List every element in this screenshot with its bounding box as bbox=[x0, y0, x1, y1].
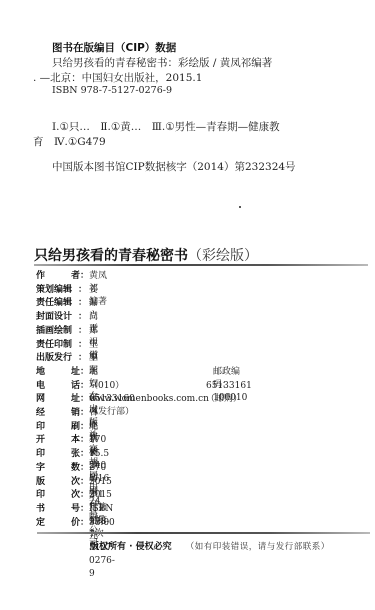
detail-label-part: 号 bbox=[71, 503, 80, 516]
detail-colon: ： bbox=[78, 352, 87, 365]
detail-row: 地址：北京东城区史家胡同甲24号邮政编码：100010 bbox=[36, 366, 90, 379]
detail-label-part: 价 bbox=[71, 517, 80, 530]
detail-colon: ： bbox=[80, 421, 89, 434]
detail-value: www.womenbooks.com.cn bbox=[89, 393, 209, 406]
detail-label: 经销 bbox=[36, 407, 80, 420]
detail-colon: ： bbox=[80, 489, 89, 502]
detail-colon: ： bbox=[80, 503, 89, 516]
detail-colon: ： bbox=[80, 380, 89, 393]
detail-label-part: 本 bbox=[71, 434, 80, 447]
detail-label-part: 址 bbox=[71, 366, 80, 379]
detail-row: 开本：170 × 240 1/16 bbox=[36, 434, 90, 447]
cip-title-line: 只给男孩看的青春秘密书：彩绘版 / 黄凤祁编著 bbox=[52, 55, 272, 70]
cip-isbn-line: ISBN 978-7-5127-0276-9 bbox=[52, 85, 172, 96]
detail-label-part: 数 bbox=[71, 462, 80, 475]
cip-number: 中国版本图书馆CIP数据核字（2014）第232324号 bbox=[52, 159, 296, 174]
detail-label-part: 书 bbox=[36, 503, 45, 516]
detail-label: 字数 bbox=[36, 462, 80, 475]
cip-classification-line-1: Ⅰ.①只… Ⅱ.①黄… Ⅲ.①男性—青春期—健康教 bbox=[52, 119, 280, 134]
detail-label-part: 经 bbox=[36, 407, 45, 420]
detail-label-part: 责任印制 bbox=[36, 340, 72, 350]
detail-row: 定价：38.00元 bbox=[36, 517, 90, 530]
detail-label-part: 封面设计 bbox=[36, 312, 72, 322]
detail-label: 网址 bbox=[36, 393, 80, 406]
detail-row: 书号：ISBN 978-7-5127-0276-9 bbox=[36, 503, 90, 516]
detail-label: 印次 bbox=[36, 489, 80, 502]
detail-label-part: 电 bbox=[36, 380, 45, 393]
detail-row: 责任印制：王卫东 bbox=[36, 339, 90, 352]
detail-row: 插画绘制：郑中原 bbox=[36, 325, 90, 338]
rights-text: 版权所有 · 侵权必究 bbox=[90, 542, 172, 552]
detail-label-part: 张 bbox=[71, 448, 80, 461]
cip-classification-line-2: 育 Ⅳ.①G479 bbox=[33, 134, 106, 149]
footer-divider bbox=[37, 532, 370, 534]
detail-label-part: 版 bbox=[36, 476, 45, 489]
title-divider bbox=[34, 264, 368, 266]
detail-label-part: 定 bbox=[36, 517, 45, 530]
stray-dot bbox=[239, 206, 241, 208]
book-title: 只给男孩看的青春秘密书（彩绘版） bbox=[34, 245, 258, 265]
detail-label: 开本 bbox=[36, 434, 80, 447]
detail-label-part: 策划编辑 bbox=[36, 285, 72, 295]
detail-extra: 65133161（邮购） bbox=[206, 380, 252, 406]
detail-row: 印张：15.5 bbox=[36, 448, 90, 461]
detail-row: 电话：（010）65133160（发行部）65133161（邮购） bbox=[36, 380, 90, 393]
detail-colon: ： bbox=[80, 407, 89, 420]
detail-label-part: 话 bbox=[71, 380, 80, 393]
cip-publisher-line: . —北京：中国妇女出版社，2015.1 bbox=[33, 70, 202, 85]
detail-label-part: 开 bbox=[36, 434, 45, 447]
detail-colon: ： bbox=[80, 270, 89, 283]
detail-colon: ： bbox=[78, 339, 87, 352]
detail-colon: ： bbox=[80, 448, 89, 461]
detail-label-part: 刷 bbox=[71, 421, 80, 434]
detail-colon: ： bbox=[78, 311, 87, 324]
detail-label: 地址 bbox=[36, 366, 80, 379]
detail-colon: ： bbox=[78, 284, 87, 297]
detail-label: 版次 bbox=[36, 476, 80, 489]
cip-heading: 图书在版编目（CIP）数据 bbox=[52, 40, 176, 55]
detail-label-part: 插画绘制 bbox=[36, 326, 72, 336]
detail-colon: ： bbox=[80, 476, 89, 489]
detail-label-part: 印 bbox=[36, 421, 45, 434]
detail-label-part: 址 bbox=[71, 393, 80, 406]
detail-row: 经销：各地新华书店 bbox=[36, 407, 90, 420]
detail-colon: ： bbox=[78, 325, 87, 338]
detail-label: 作者 bbox=[36, 270, 80, 283]
rights-note: （如有印装错误，请与发行部联系） bbox=[186, 542, 330, 552]
detail-label-part: 字 bbox=[36, 462, 45, 475]
detail-label: 印张 bbox=[36, 448, 80, 461]
detail-row: 策划编辑：姜 喆 bbox=[36, 284, 90, 297]
detail-label: 电话 bbox=[36, 380, 80, 393]
detail-colon: ： bbox=[80, 393, 89, 406]
detail-label: 书号 bbox=[36, 503, 80, 516]
detail-label-part: 次 bbox=[71, 476, 80, 489]
detail-label-part: 印 bbox=[36, 489, 45, 502]
detail-label-part: 网 bbox=[36, 393, 45, 406]
detail-label-part: 次 bbox=[71, 489, 80, 502]
detail-row: 责任编辑：万立正 bbox=[36, 297, 90, 310]
detail-label-part: 地 bbox=[36, 366, 45, 379]
detail-label: 定价 bbox=[36, 517, 80, 530]
detail-colon: ： bbox=[78, 297, 87, 310]
detail-row: 印次：2015年1月第1次 bbox=[36, 489, 90, 502]
detail-colon: ： bbox=[80, 434, 89, 447]
detail-label: 印刷 bbox=[36, 421, 80, 434]
detail-row: 字数：270千字 bbox=[36, 462, 90, 475]
detail-label-part: 作 bbox=[36, 270, 45, 283]
detail-label-part: 者 bbox=[71, 270, 80, 283]
detail-label-part: 销 bbox=[71, 407, 80, 420]
detail-row: 印刷：北京楠萍印刷有限公司 bbox=[36, 421, 90, 434]
detail-colon: ： bbox=[80, 517, 89, 530]
detail-row: 封面设计：尚世视觉 bbox=[36, 311, 90, 324]
detail-label-part: 印 bbox=[36, 448, 45, 461]
detail-label-part: 责任编辑 bbox=[36, 298, 72, 308]
detail-row: 出版发行：中国妇女出版社 bbox=[36, 352, 90, 365]
detail-value: 15.5 bbox=[89, 448, 109, 461]
book-title-edition: （彩绘版） bbox=[188, 248, 258, 264]
detail-label-part: 出版发行 bbox=[36, 353, 72, 363]
book-title-main: 只给男孩看的青春秘密书 bbox=[34, 248, 188, 264]
detail-row: 作者：黄凤祁 编著 bbox=[36, 270, 90, 283]
detail-colon: ： bbox=[80, 462, 89, 475]
detail-colon: ： bbox=[80, 366, 89, 379]
copyright-line: 版权所有 · 侵权必究（如有印装错误，请与发行部联系） bbox=[90, 539, 330, 552]
detail-row: 网址：www.womenbooks.com.cn bbox=[36, 393, 90, 406]
detail-row: 版次：2015年1月第1版 bbox=[36, 476, 90, 489]
